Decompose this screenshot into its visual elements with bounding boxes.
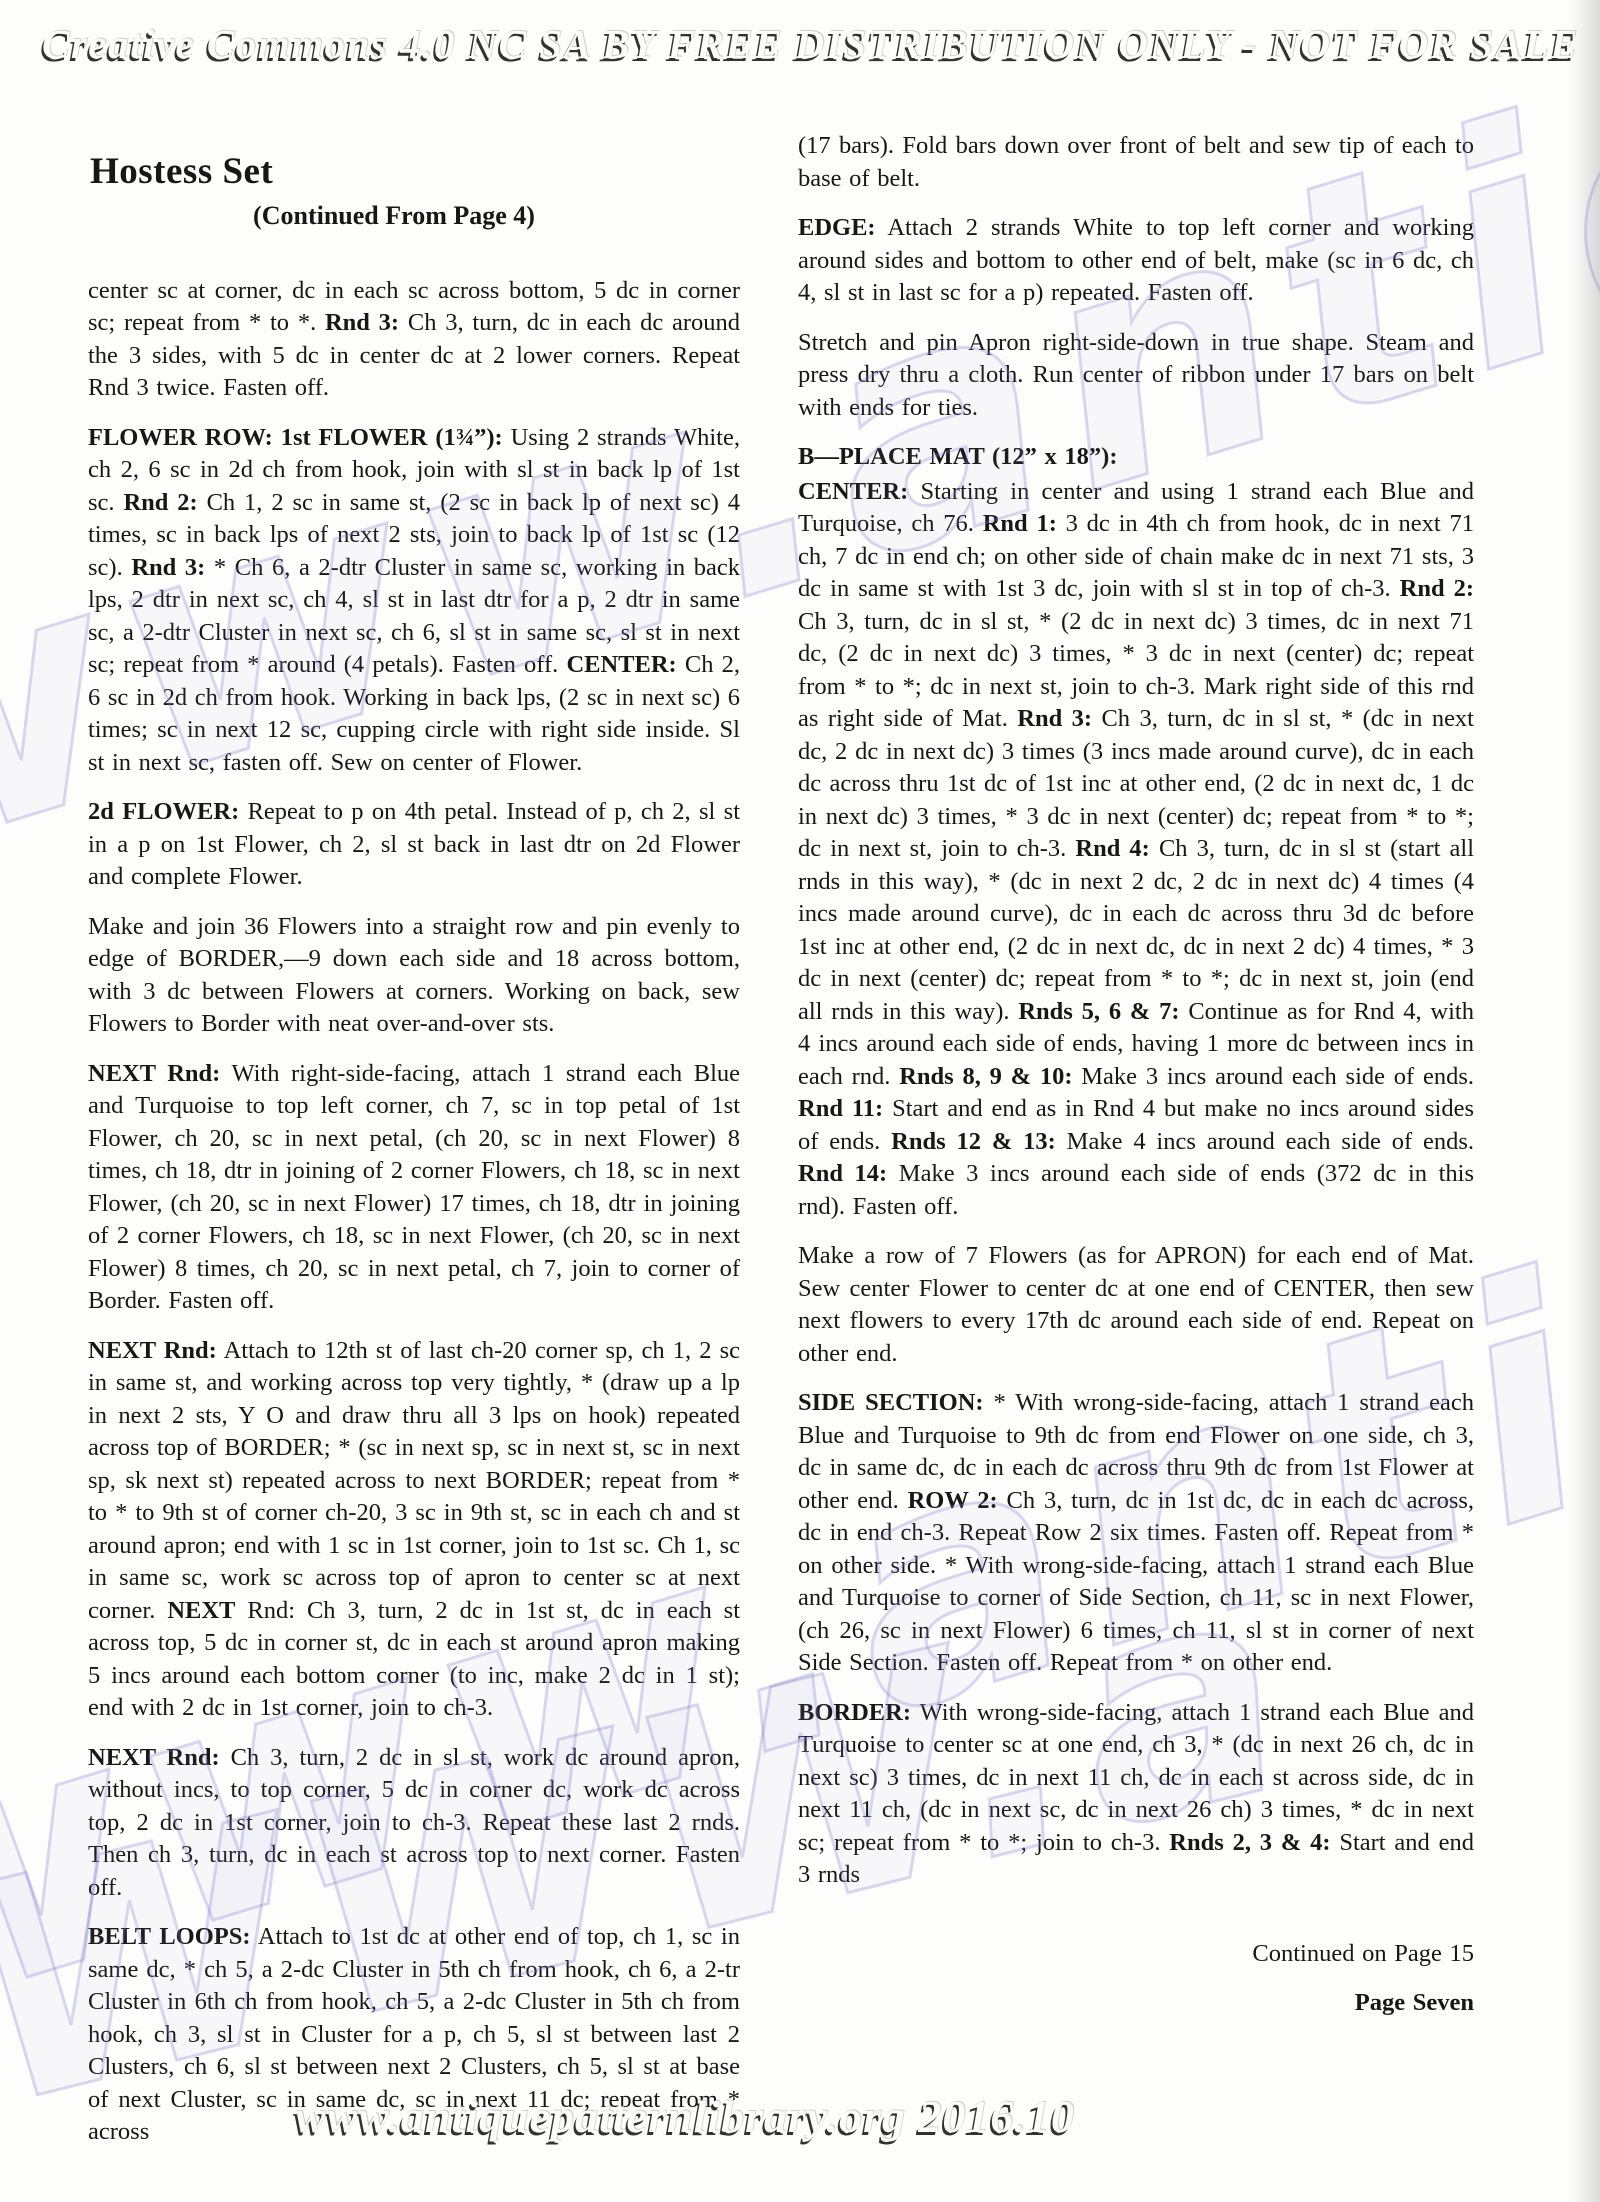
right-column: (17 bars). Fold bars down over front of …: [798, 130, 1474, 2037]
paragraph: center sc at corner, dc in each sc acros…: [88, 275, 740, 405]
paragraph: Make and join 36 Flowers into a straight…: [88, 911, 740, 1041]
paragraph: NEXT Rnd: With right-side-facing, attach…: [88, 1058, 740, 1318]
page: Creative Commons 4.0 NC SA BY FREE DISTR…: [0, 0, 1600, 2202]
paragraph: (17 bars). Fold bars down over front of …: [798, 130, 1474, 195]
paragraph: BORDER: With wrong-side-facing, attach 1…: [798, 1697, 1474, 1892]
paragraph: EDGE: Attach 2 strands White to top left…: [798, 212, 1474, 310]
paragraph: SIDE SECTION: * With wrong-side-facing, …: [798, 1387, 1474, 1680]
paragraph: NEXT Rnd: Ch 3, turn, 2 dc in sl st, wor…: [88, 1742, 740, 1905]
paragraph: Stretch and pin Apron right-side-down in…: [798, 327, 1474, 425]
left-column: Hostess Set (Continued From Page 4) cent…: [88, 152, 740, 2166]
right-column-paragraphs: (17 bars). Fold bars down over front of …: [798, 130, 1474, 2020]
left-column-paragraphs: center sc at corner, dc in each sc acros…: [88, 275, 740, 2149]
paragraph: NEXT Rnd: Attach to 12th st of last ch-2…: [88, 1335, 740, 1725]
paragraph: Page Seven: [798, 1987, 1474, 2020]
paragraph: Continued on Page 15: [798, 1938, 1474, 1971]
paragraph: Make a row of 7 Flowers (as for APRON) f…: [798, 1240, 1474, 1370]
paragraph: 2d FLOWER: Repeat to p on 4th petal. Ins…: [88, 796, 740, 894]
page-subtitle: (Continued From Page 4): [88, 200, 700, 233]
paragraph: CENTER: Starting in center and using 1 s…: [798, 476, 1474, 1224]
paragraph: B—PLACE MAT (12” x 18”):: [798, 441, 1474, 474]
page-title: Hostess Set: [90, 152, 740, 192]
footer-banner: www.antiquepatternlibrary.org 2016.10: [295, 2090, 1075, 2143]
paragraph: FLOWER ROW: 1st FLOWER (1¾”): Using 2 st…: [88, 422, 740, 780]
header-banner: Creative Commons 4.0 NC SA BY FREE DISTR…: [42, 20, 1579, 68]
